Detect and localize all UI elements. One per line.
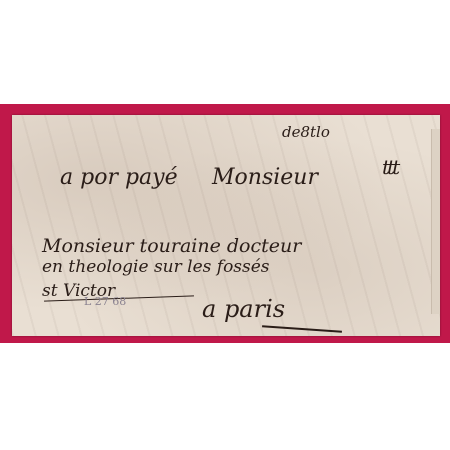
address-line-2: en theologie sur les fossés [42, 257, 270, 277]
pencil-inventory-note: L 27 68 [84, 295, 126, 308]
destination: a paris [202, 295, 285, 323]
rate-mark: ttt [382, 155, 397, 179]
destination-underline [262, 325, 342, 333]
letter-paper: de8tlo ttt a por payé Monsieur Monsieur … [12, 115, 440, 336]
letter-fold-edge [431, 129, 440, 314]
top-right-note: de8tlo [282, 123, 330, 141]
postage-paid-note: a por payé [60, 165, 178, 190]
salutation: Monsieur [212, 165, 318, 190]
address-line-1: Monsieur touraine docteur [42, 235, 301, 257]
